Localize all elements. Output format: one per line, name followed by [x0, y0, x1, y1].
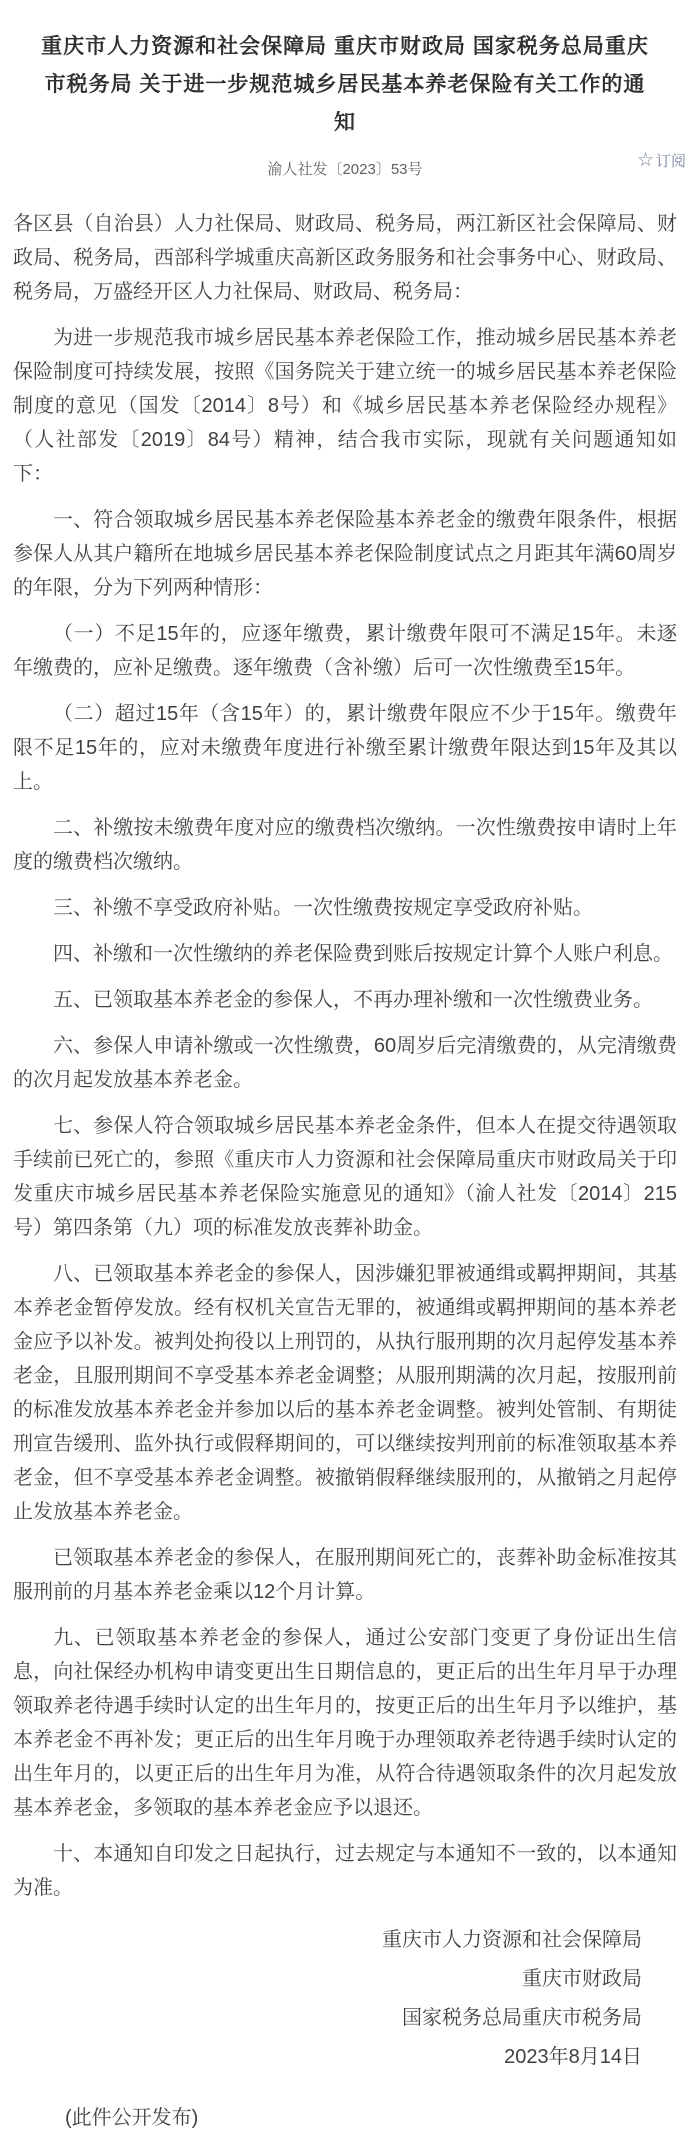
notice-paragraph: 七、参保人符合领取城乡居民基本养老金条件，但本人在提交待遇领取手续前已死亡的，参… — [13, 1109, 677, 1245]
notice-paragraph: 为进一步规范我市城乡居民基本养老保险工作，推动城乡居民基本养老保险制度可持续发展… — [13, 321, 677, 491]
notice-paragraph: （一）不足15年的，应逐年缴费，累计缴费年限可不满足15年。未逐年缴费的，应补足… — [13, 617, 677, 685]
signature-agency: 国家税务总局重庆市税务局 — [13, 1999, 642, 2038]
notice-paragraph: 九、已领取基本养老金的参保人，通过公安部门变更了身份证出生信息，向社保经办机构申… — [13, 1621, 677, 1825]
signature-block: 重庆市人力资源和社会保障局 重庆市财政局 国家税务总局重庆市税务局 2023年8… — [13, 1921, 677, 2077]
star-icon: ☆ — [637, 151, 654, 170]
doc-number: 渝人社发〔2023〕53号 — [13, 158, 677, 179]
subscribe-label: 订阅 — [656, 150, 686, 171]
notice-paragraph: 四、补缴和一次性缴纳的养老保险费到账后按规定计算个人账户利息。 — [13, 937, 677, 971]
notice-body: 各区县（自治县）人力社保局、财政局、税务局，两江新区社会保障局、财政局、税务局，… — [13, 207, 677, 1905]
notice-paragraph: 二、补缴按未缴费年度对应的缴费档次缴纳。一次性缴费按申请时上年度的缴费档次缴纳。 — [13, 811, 677, 879]
signature-date: 2023年8月14日 — [13, 2038, 642, 2077]
notice-paragraph: （二）超过15年（含15年）的，累计缴费年限应不少于15年。缴费年限不足15年的… — [13, 697, 677, 799]
publish-note: (此件公开发布) — [13, 2101, 677, 2130]
notice-paragraph: 五、已领取基本养老金的参保人，不再办理补缴和一次性缴费业务。 — [13, 983, 677, 1017]
subscribe-button[interactable]: ☆ 订阅 — [637, 150, 686, 171]
notice-paragraph: 一、符合领取城乡居民基本养老保险基本养老金的缴费年限条件，根据参保人从其户籍所在… — [13, 503, 677, 605]
notice-paragraph: 三、补缴不享受政府补贴。一次性缴费按规定享受政府补贴。 — [13, 891, 677, 925]
notice-document: 重庆市人力资源和社会保障局 重庆市财政局 国家税务总局重庆市税务局 关于进一步规… — [0, 0, 690, 2154]
notice-paragraph: 六、参保人申请补缴或一次性缴费，60周岁后完清缴费的，从完清缴费的次月起发放基本… — [13, 1029, 677, 1097]
notice-paragraph: 八、已领取基本养老金的参保人，因涉嫌犯罪被通缉或羁押期间，其基本养老金暂停发放。… — [13, 1257, 677, 1529]
signature-agency: 重庆市人力资源和社会保障局 — [13, 1921, 642, 1960]
notice-paragraph: 十、本通知自印发之日起执行，过去规定与本通知不一致的，以本通知为准。 — [13, 1837, 677, 1905]
signature-agency: 重庆市财政局 — [13, 1960, 642, 1999]
salutation: 各区县（自治县）人力社保局、财政局、税务局，两江新区社会保障局、财政局、税务局，… — [13, 207, 677, 309]
notice-paragraph: 已领取基本养老金的参保人，在服刑期间死亡的，丧葬补助金标准按其服刑前的月基本养老… — [13, 1541, 677, 1609]
page-title: 重庆市人力资源和社会保障局 重庆市财政局 国家税务总局重庆市税务局 关于进一步规… — [37, 28, 653, 142]
